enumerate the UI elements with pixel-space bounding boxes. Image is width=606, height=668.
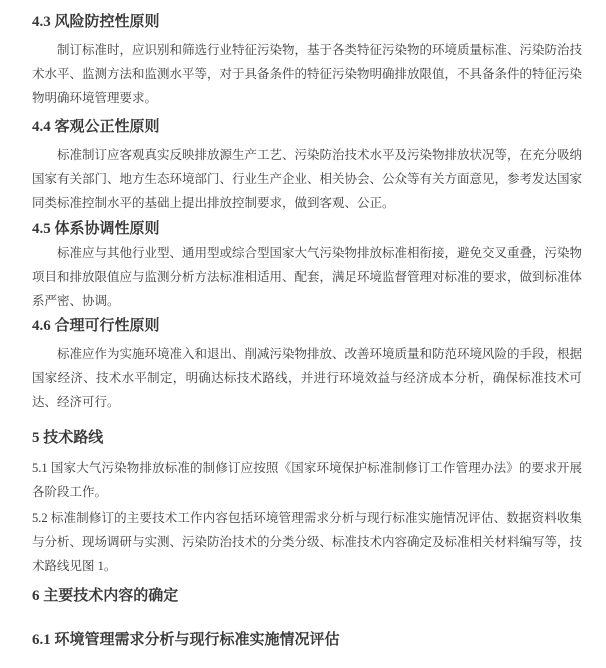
section-paragraph-4-4: 标准制订应客观真实反映排放源生产工艺、污染防治技术水平及污染物排放状况等，在充分… (32, 143, 582, 215)
section-heading-4-5: 4.5 体系协调性原则 (32, 217, 582, 241)
clause-5-2: 5.2 标准制修订的主要技术工作内容包括环境管理需求分析与现行标准实施情况评估、… (32, 506, 582, 578)
document-page: 4.3 风险防控性原则 制订标准时，应识别和筛选行业特征污染物，基于各类特征污染… (0, 0, 606, 668)
section-heading-4-3: 4.3 风险防控性原则 (32, 10, 582, 34)
section-heading-4-4: 4.4 客观公正性原则 (32, 115, 582, 139)
section-paragraph-4-3: 制订标准时，应识别和筛选行业特征污染物，基于各类特征污染物的环境质量标准、污染防… (32, 38, 582, 110)
section-paragraph-4-5: 标准应与其他行业型、通用型或综合型国家大气污染物排放标准相衔接，避免交叉重叠，污… (32, 241, 582, 313)
section-heading-5: 5 技术路线 (32, 426, 582, 450)
clause-5-1: 5.1 国家大气污染物排放标准的制修订应按照《国家环境保护标准制修订工作管理办法… (32, 456, 582, 504)
section-heading-4-6: 4.6 合理可行性原则 (32, 314, 582, 338)
section-heading-6: 6 主要技术内容的确定 (32, 584, 582, 608)
section-paragraph-4-6: 标准应作为实施环境准入和退出、削减污染物排放、改善环境质量和防范环境风险的手段，… (32, 342, 582, 414)
section-heading-6-1: 6.1 环境管理需求分析与现行标准实施情况评估 (32, 628, 582, 652)
